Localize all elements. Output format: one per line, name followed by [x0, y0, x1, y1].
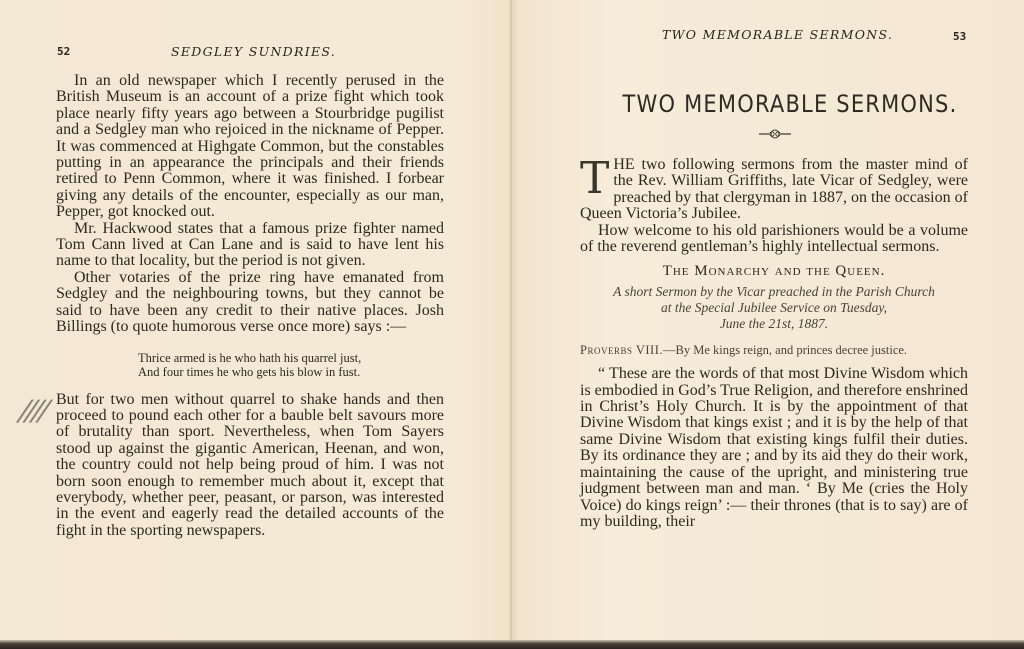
subtitle-line: A short Sermon by the Vicar preached in …: [580, 284, 968, 300]
paragraph: How welcome to his old parishioners woul…: [580, 223, 968, 256]
paragraph: But for two men without quarrel to shake…: [56, 392, 444, 540]
paragraph: Other votaries of the prize ring have em…: [56, 270, 444, 336]
intro-paragraph: THE two following sermons from the maste…: [580, 157, 968, 223]
scan-bottom-edge: [0, 640, 1024, 649]
fleuron-ornament-icon: [758, 128, 792, 140]
subtitle-line: at the Special Jubilee Service on Tuesda…: [580, 300, 968, 316]
right-body-text: THE two following sermons from the maste…: [580, 157, 968, 530]
scripture-text: —By Me kings reign, and princes decree j…: [663, 343, 907, 357]
paragraph: In an old newspaper which I recently per…: [56, 73, 444, 221]
margin-pencil-mark: ////: [17, 394, 49, 427]
verse-line: And four times he who gets his blow in f…: [138, 365, 444, 379]
sermon-heading: The Monarchy and the Queen.: [580, 263, 968, 279]
scripture-citation: Proverbs VIII.—By Me kings reign, and pr…: [580, 342, 968, 358]
sermon-body: “ These are the words of that most Divin…: [580, 366, 968, 530]
intro-text: HE two following sermons from the master…: [580, 156, 968, 222]
left-page-number: 52: [57, 45, 70, 58]
verse-quote: Thrice armed is he who hath his quarrel …: [138, 351, 444, 379]
right-page: TWO MEMORABLE SERMONS. 53 TWO MEMORABLE …: [512, 0, 1024, 640]
sermon-subtitle: A short Sermon by the Vicar preached in …: [580, 284, 968, 332]
right-page-number: 53: [953, 30, 966, 43]
left-running-head: SEDGLEY SUNDRIES.: [171, 44, 336, 59]
chapter-title: TWO MEMORABLE SERMONS.: [610, 90, 970, 118]
left-body-text: In an old newspaper which I recently per…: [56, 73, 444, 539]
paragraph: Mr. Hackwood states that a famous prize …: [56, 221, 444, 270]
verse-line: Thrice armed is he who hath his quarrel …: [138, 351, 444, 365]
left-page: 52 SEDGLEY SUNDRIES. //// In an old news…: [0, 0, 510, 640]
drop-cap: T: [580, 159, 609, 199]
subtitle-line: June the 21st, 1887.: [580, 316, 968, 332]
right-running-head: TWO MEMORABLE SERMONS.: [662, 27, 893, 42]
book-spread: 52 SEDGLEY SUNDRIES. //// In an old news…: [0, 0, 1024, 644]
scripture-reference: Proverbs VIII.: [580, 343, 663, 357]
